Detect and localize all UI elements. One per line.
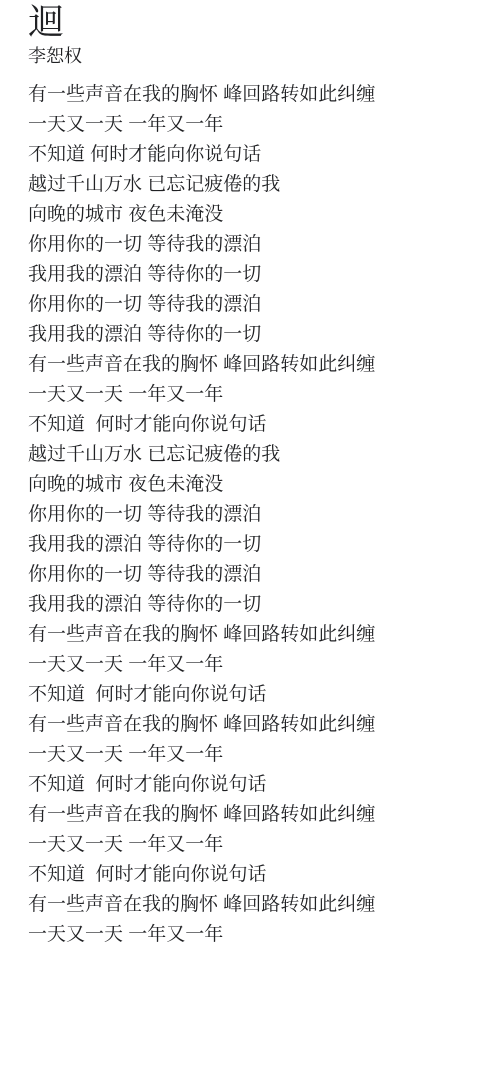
lyric-line: 你用你的一切 等待我的漂泊 (28, 230, 480, 260)
lyric-line: 越过千山万水 已忘记疲倦的我 (28, 440, 480, 470)
lyric-line: 不知道 何时才能向你说句话 (28, 770, 480, 800)
lyric-line: 我用我的漂泊 等待你的一切 (28, 590, 480, 620)
lyric-line: 有一些声音在我的胸怀 峰回路转如此纠缠 (28, 620, 480, 650)
lyric-line: 有一些声音在我的胸怀 峰回路转如此纠缠 (28, 890, 480, 920)
lyric-line: 越过千山万水 已忘记疲倦的我 (28, 170, 480, 200)
lyric-line: 有一些声音在我的胸怀 峰回路转如此纠缠 (28, 800, 480, 830)
lyric-line: 一天又一天 一年又一年 (28, 110, 480, 140)
lyric-line: 你用你的一切 等待我的漂泊 (28, 560, 480, 590)
lyric-line: 不知道 何时才能向你说句话 (28, 680, 480, 710)
lyric-line: 有一些声音在我的胸怀 峰回路转如此纠缠 (28, 80, 480, 110)
lyric-line: 我用我的漂泊 等待你的一切 (28, 320, 480, 350)
lyric-line: 我用我的漂泊 等待你的一切 (28, 530, 480, 560)
lyrics: 有一些声音在我的胸怀 峰回路转如此纠缠一天又一天 一年又一年不知道 何时才能向你… (28, 80, 480, 950)
lyric-line: 有一些声音在我的胸怀 峰回路转如此纠缠 (28, 710, 480, 740)
lyric-line: 不知道 何时才能向你说句话 (28, 410, 480, 440)
lyric-line: 一天又一天 一年又一年 (28, 650, 480, 680)
lyric-line: 不知道 何时才能向你说句话 (28, 860, 480, 890)
lyric-line: 一天又一天 一年又一年 (28, 380, 480, 410)
lyric-line: 我用我的漂泊 等待你的一切 (28, 260, 480, 290)
lyric-line: 一天又一天 一年又一年 (28, 740, 480, 770)
artist-name: 李恕权 (28, 44, 480, 68)
lyric-line: 你用你的一切 等待我的漂泊 (28, 290, 480, 320)
lyric-line: 不知道 何时才能向你说句话 (28, 140, 480, 170)
lyrics-page: 迴 李恕权 有一些声音在我的胸怀 峰回路转如此纠缠一天又一天 一年又一年不知道 … (0, 0, 500, 1090)
page-title: 迴 (28, 0, 480, 44)
lyric-line: 有一些声音在我的胸怀 峰回路转如此纠缠 (28, 350, 480, 380)
lyric-line: 一天又一天 一年又一年 (28, 920, 480, 950)
lyric-line: 向晚的城市 夜色未淹没 (28, 200, 480, 230)
lyric-line: 一天又一天 一年又一年 (28, 830, 480, 860)
lyric-line: 向晚的城市 夜色未淹没 (28, 470, 480, 500)
lyric-line: 你用你的一切 等待我的漂泊 (28, 500, 480, 530)
